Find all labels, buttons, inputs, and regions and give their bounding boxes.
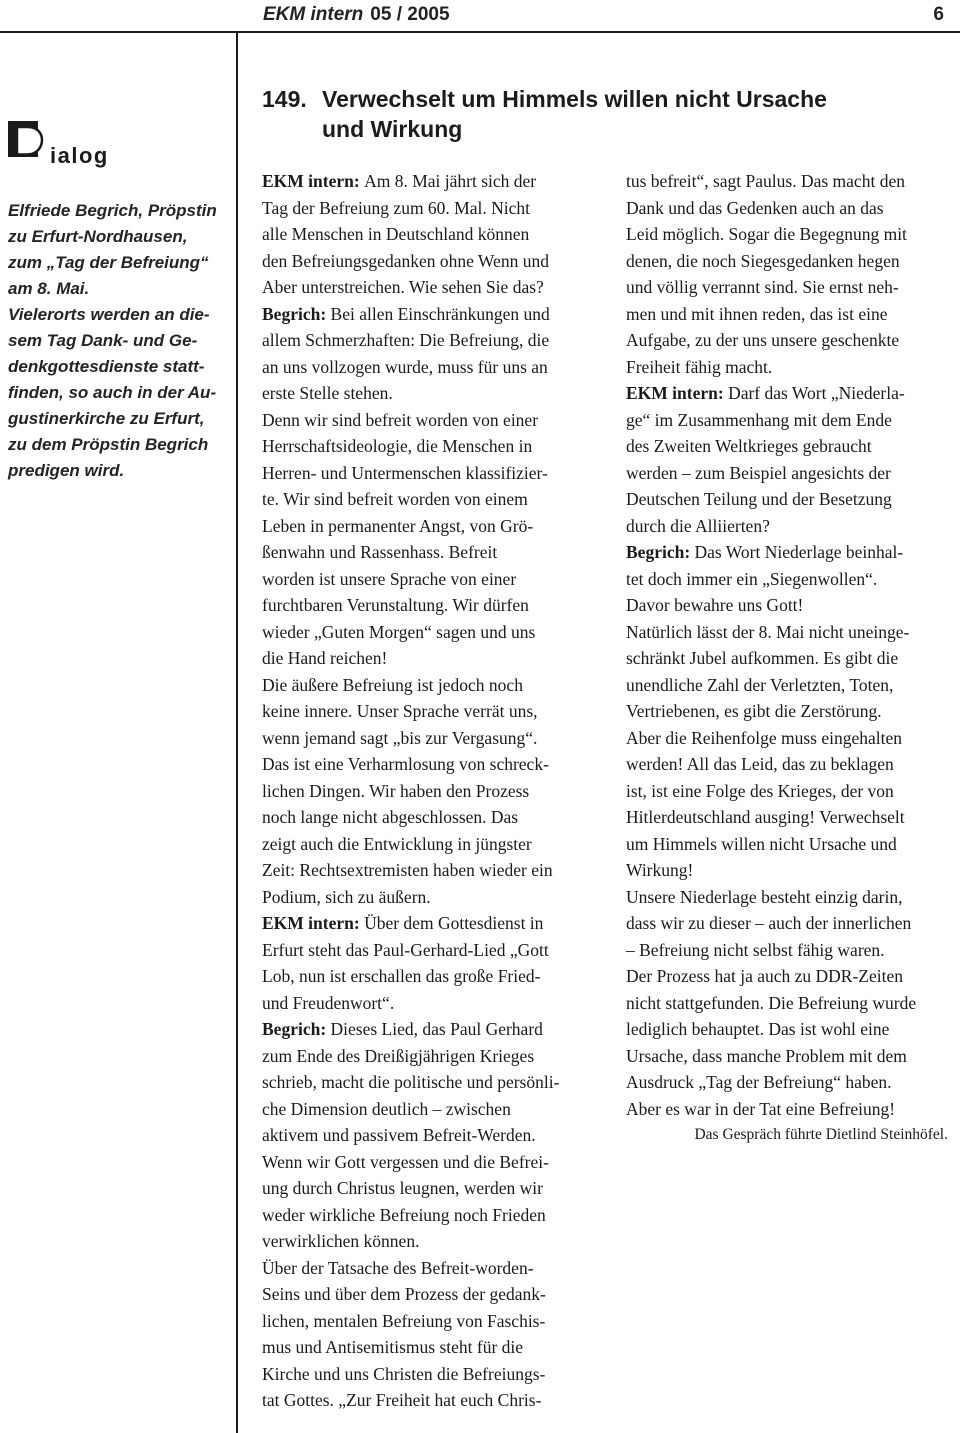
speaker-label: EKM intern:: [262, 913, 364, 933]
paragraph-text: Darf das Wort „Niederla- ge“ im Zusammen…: [626, 383, 905, 536]
paragraph: Begrich: Dieses Lied, das Paul Gerhard z…: [262, 1016, 602, 1414]
sidebar-intro-text: Elfriede Begrich, Pröpstin zu Erfurt-Nor…: [8, 198, 226, 484]
article-body: EKM intern: Am 8. Mai jährt sich der Tag…: [262, 168, 948, 1414]
paragraph: EKM intern: Am 8. Mai jährt sich der Tag…: [262, 168, 602, 301]
article-heading: 149. Verwechselt um Himmels willen nicht…: [262, 84, 952, 144]
journal-name: EKM intern: [263, 4, 363, 25]
speaker-label: EKM intern:: [626, 383, 728, 403]
article-title: Verwechselt um Himmels willen nicht Ursa…: [322, 84, 827, 144]
page-number: 6: [933, 4, 944, 26]
paragraph: Begrich: Das Wort Niederlage beinhal- te…: [626, 539, 948, 1122]
speaker-label: Begrich:: [262, 1019, 331, 1039]
paragraph-text: Dieses Lied, das Paul Gerhard zum Ende d…: [262, 1019, 559, 1410]
paragraph-text: Bei allen Einschränkungen und allem Schm…: [262, 304, 553, 907]
issue-number: 05 / 2005: [370, 4, 449, 25]
speaker-label: EKM intern:: [262, 171, 364, 191]
paragraph: EKM intern: Darf das Wort „Niederla- ge“…: [626, 380, 948, 539]
interview-credit: Das Gespräch führte Dietlind Steinhöfel.: [626, 1122, 948, 1149]
newsletter-page: EKM intern05 / 2005 6 ialog Elfriede Beg…: [0, 0, 960, 1433]
dialog-logo-text: ialog: [50, 145, 109, 170]
running-header: EKM intern05 / 2005: [263, 4, 450, 26]
article-column-right: tus befreit“, sagt Paulus. Das macht den…: [626, 168, 948, 1414]
paragraph-text: tus befreit“, sagt Paulus. Das macht den…: [626, 171, 907, 377]
column-divider-rule: [236, 33, 238, 1433]
sidebar: ialog Elfriede Begrich, Pröpstin zu Erfu…: [8, 122, 226, 484]
paragraph: EKM intern: Über dem Gottesdienst in Erf…: [262, 910, 602, 1016]
speaker-label: Begrich:: [626, 542, 695, 562]
article-number: 149.: [262, 84, 322, 144]
speaker-label: Begrich:: [262, 304, 331, 324]
dialog-logo: ialog: [8, 122, 226, 170]
paragraph: tus befreit“, sagt Paulus. Das macht den…: [626, 168, 948, 380]
paragraph: Begrich: Bei allen Einschränkungen und a…: [262, 301, 602, 911]
article-column-left: EKM intern: Am 8. Mai jährt sich der Tag…: [262, 168, 602, 1414]
header-rule: [0, 31, 960, 33]
paragraph-text: Das Wort Niederlage beinhal- tet doch im…: [626, 542, 916, 1119]
dialog-logo-d-icon: [8, 119, 48, 170]
